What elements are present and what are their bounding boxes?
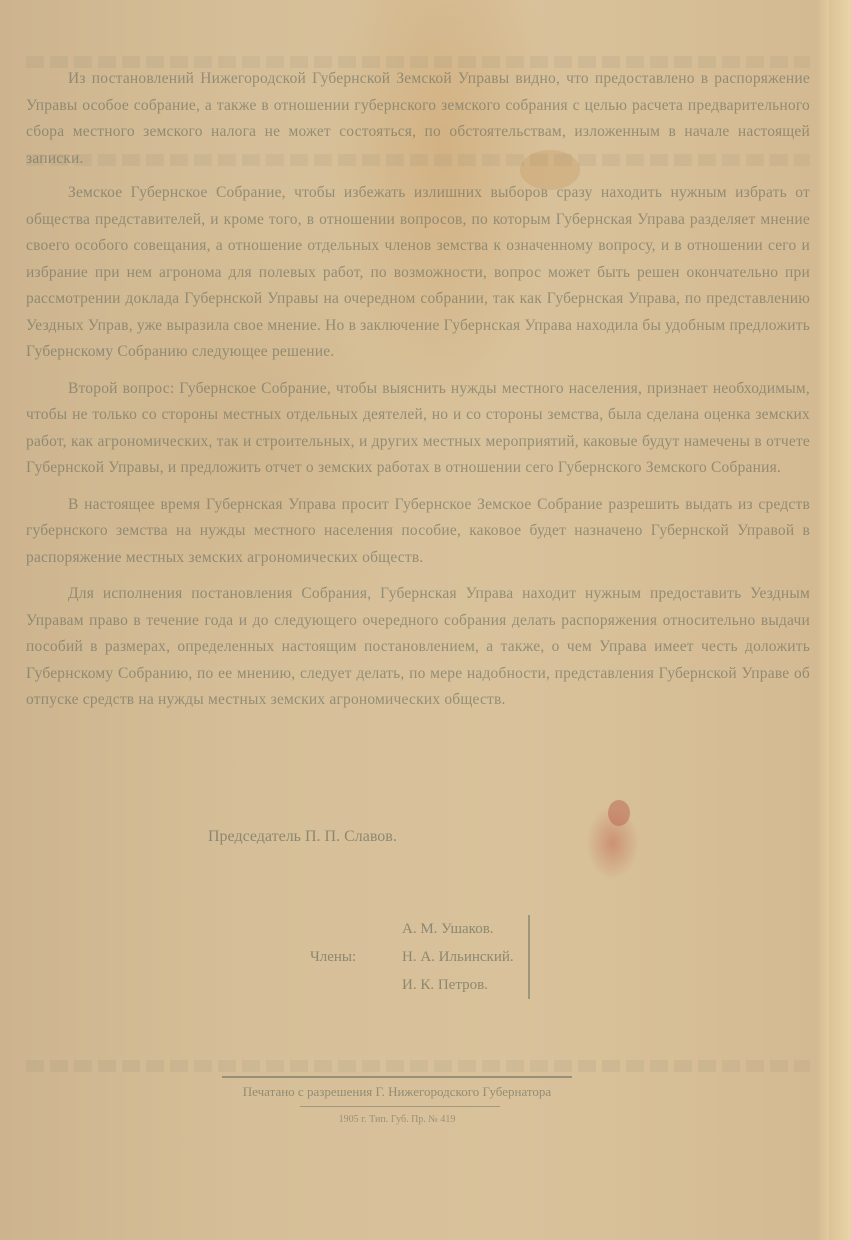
members-signatures: Члены: А. М. Ушаков. Н. А. Ильинский. И.… xyxy=(330,915,530,999)
member-name: И. К. Петров. xyxy=(402,971,514,999)
footer-sub-divider xyxy=(300,1106,500,1107)
print-permission-note: Печатано с разрешения Г. Нижегородского … xyxy=(222,1084,572,1100)
paragraph: Второй вопрос: Губернское Собрание, чтоб… xyxy=(26,376,810,482)
bleed-through-line xyxy=(26,1060,810,1072)
footer-divider xyxy=(222,1076,572,1078)
paragraph: В настоящее время Губернская Управа прос… xyxy=(26,492,810,572)
members-names: А. М. Ушаков. Н. А. Ильинский. И. К. Пет… xyxy=(402,915,530,999)
red-stain xyxy=(608,800,630,826)
chairman-signature: Председатель П. П. Славов. xyxy=(208,828,397,846)
body-text: Из постановлений Нижегородской Губернско… xyxy=(26,66,810,724)
scanned-page: Из постановлений Нижегородской Губернско… xyxy=(0,0,851,1240)
paragraph: Из постановлений Нижегородской Губернско… xyxy=(26,66,810,172)
member-name: А. М. Ушаков. xyxy=(402,915,514,943)
member-name: Н. А. Ильинский. xyxy=(402,943,514,971)
members-label: Члены: xyxy=(310,943,356,971)
printer-imprint: 1905 г. Тип. Губ. Пр. № 419 xyxy=(222,1114,572,1125)
page-edge-strip xyxy=(829,0,851,1240)
paragraph: Земское Губернское Собрание, чтобы избеж… xyxy=(26,180,810,366)
paragraph: Для исполнения постановления Собрания, Г… xyxy=(26,581,810,714)
